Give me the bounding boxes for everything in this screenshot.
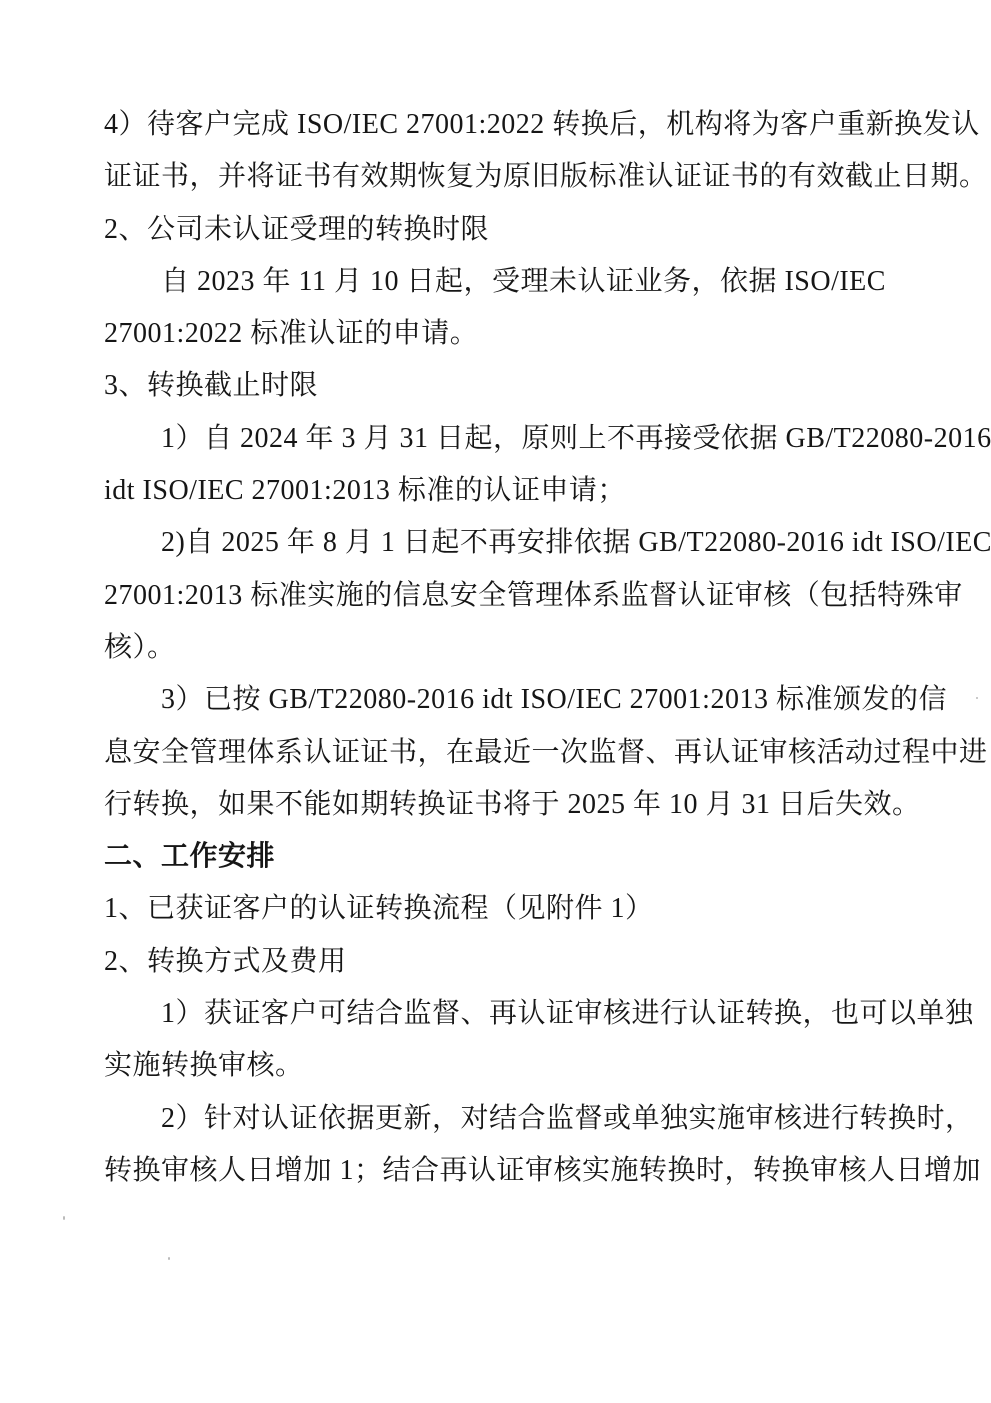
text-line: idt ISO/IEC 27001:2013 标准的认证申请；	[104, 465, 970, 517]
scanned-document-page: 4）待客户完成 ISO/IEC 27001:2022 转换后，机构将为客户重新换…	[0, 0, 991, 1403]
text-line: 转换审核人日增加 1；结合再认证审核实施转换时，转换审核人日增加	[104, 1145, 970, 1197]
section-heading: 二、工作安排	[104, 831, 970, 883]
text-line: 自 2023 年 11 月 10 日起，受理未认证业务，依据 ISO/IEC	[104, 256, 970, 308]
scan-speckle	[976, 697, 978, 699]
scan-speckle	[63, 1216, 65, 1220]
text-line: 2)自 2025 年 8 月 1 日起不再安排依据 GB/T22080-2016…	[104, 517, 970, 569]
text-line: 证证书，并将证书有效期恢复为原旧版标准认证证书的有效截止日期。	[104, 151, 970, 203]
text-line: 2、公司未认证受理的转换时限	[104, 204, 970, 256]
scan-speckle	[168, 1257, 170, 1260]
text-line: 息安全管理体系认证证书，在最近一次监督、再认证审核活动过程中进	[104, 727, 970, 779]
text-line: 3、转换截止时限	[104, 360, 970, 412]
text-line: 核）。	[104, 622, 970, 674]
document-body: 4）待客户完成 ISO/IEC 27001:2022 转换后，机构将为客户重新换…	[104, 99, 970, 1197]
text-line: 行转换，如果不能如期转换证书将于 2025 年 10 月 31 日后失效。	[104, 779, 970, 831]
text-line: 2、转换方式及费用	[104, 936, 970, 988]
text-line: 实施转换审核。	[104, 1040, 970, 1092]
text-line: 1）获证客户可结合监督、再认证审核进行认证转换，也可以单独	[104, 988, 970, 1040]
text-line: 27001:2013 标准实施的信息安全管理体系监督认证审核（包括特殊审	[104, 570, 970, 622]
text-line: 27001:2022 标准认证的申请。	[104, 308, 970, 360]
text-line: 1、已获证客户的认证转换流程（见附件 1）	[104, 883, 970, 935]
text-line: 2）针对认证依据更新，对结合监督或单独实施审核进行转换时，	[104, 1093, 970, 1145]
text-line: 1）自 2024 年 3 月 31 日起，原则上不再接受依据 GB/T22080…	[104, 413, 970, 465]
text-line: 4）待客户完成 ISO/IEC 27001:2022 转换后，机构将为客户重新换…	[104, 99, 970, 151]
text-line: 3）已按 GB/T22080-2016 idt ISO/IEC 27001:20…	[104, 674, 970, 726]
